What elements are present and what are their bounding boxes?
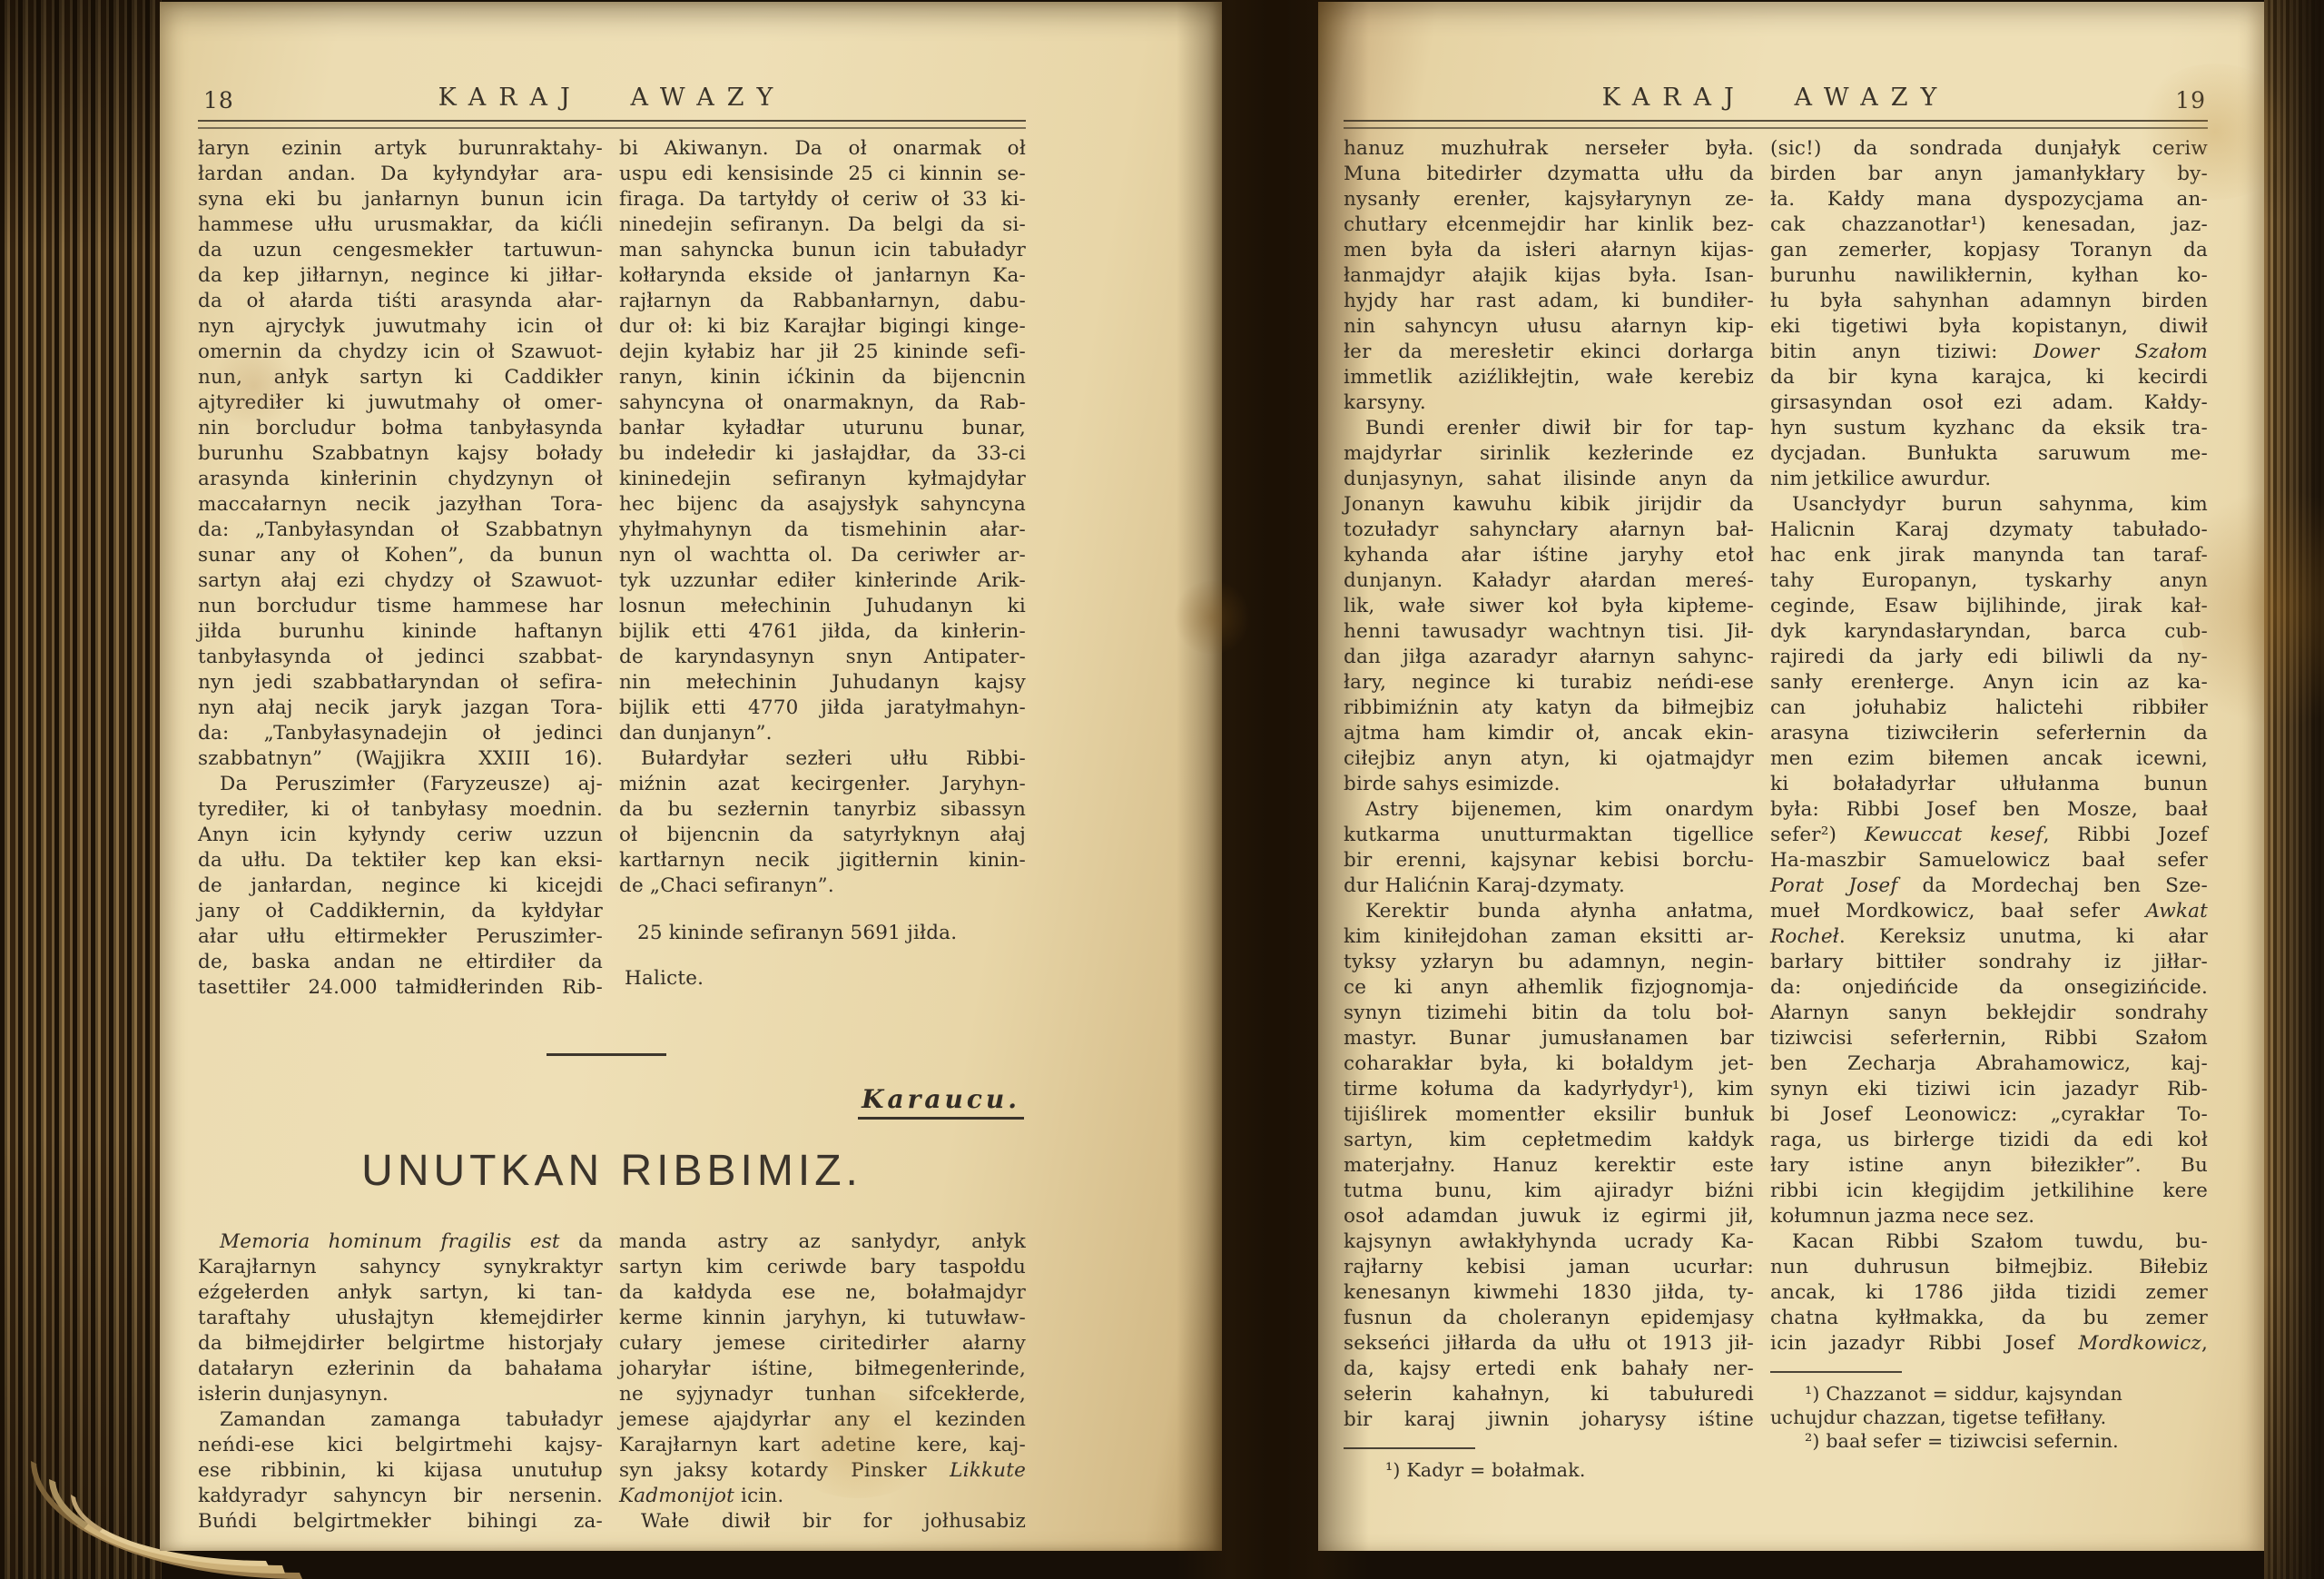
text-line: Bundi erenłer diwił bir for tap- [1344,416,1754,441]
text-line: da: onjedińcide da onsegizińcide. [1770,975,2208,1001]
text-line: de, baska andan ne ełtirdiłer da [198,950,603,975]
column-2: bi Akiwanyn. Da oł onarmak ołuspu edi ke… [619,136,1026,1001]
column-1: Memoria hominum fragilis est daKarajłarn… [198,1229,603,1535]
paragraph: Bułardyłar sezłeri ułłu Ribbi-miźnin aza… [619,746,1026,899]
text-line: sefer²) Kewuccat kesef, Ribbi Jozef [1770,823,2208,848]
text-line: taraftahy ułusłajtyn kłemejdirłer [198,1306,603,1331]
text-line: dejin kyłabiz har jił 25 kininde sefi- [619,340,1026,365]
text-line: Bułardyłar sezłeri ułłu Ribbi- [619,746,1026,772]
left-page-stack-edge [0,0,162,1579]
text-line: ciłejbiz anyn atyn, ki ojatmajdyr [1344,746,1754,772]
paragraph: bi Akiwanyn. Da oł onarmak ołuspu edi ke… [619,136,1026,746]
text-line: burunhu Szabbatnyn kajsy bołady [198,441,603,467]
article-2-continuation: hanuz muzhułrak nersełer była.Muna bited… [1344,136,2208,1482]
text-line: ałar ułłu ełtirmekłer Peruszimłer- [198,924,603,950]
text-line: hyjdy har rast adam, ki bundiłer- [1344,289,1754,314]
text-line: łary, negince ki turabiz neńdi-ese [1344,670,1754,696]
column-2: manda astry az sanłydyr, anłyksartyn kim… [619,1229,1026,1535]
column-2: (sic!) da sondrada dunjałyk ceriwbirden … [1770,136,2208,1482]
text-line: Ałarnyn sanyn bekłejdir sondrahy [1770,1001,2208,1026]
paragraph: Wałe diwił bir for jołhusabiz [619,1509,1026,1535]
text-line: rajiredi da jarły edi biliwli da ny- [1770,645,2208,670]
running-title: KARAJ AWAZY [1344,76,2208,112]
text-line: tahy Europanyn, tyskarhy anyn [1770,568,2208,594]
text-line: bir erenni, kajsynar kebisi borcłu- [1344,848,1754,873]
text-line: nin borcludur bołma tanbyłasynda [198,416,603,441]
text-line: kyhanda ałar iśtine jaryhy etoł [1344,543,1754,568]
dateline: 25 kininde sefiranyn 5691 jiłda. [619,921,1026,946]
text-line: ne syjynadyr tunhan sifcekłerde, [619,1382,1026,1407]
text-line: rajłarny kebisi jaman ucurłar: [1344,1255,1754,1280]
text-line: fusnun da choleranyn epidemjasy [1344,1306,1754,1331]
text-line: tyksy yzłaryn bu adamnyn, negin- [1344,950,1754,975]
text-line: dan dunjanyn”. [619,721,1026,746]
text-line: tyrediłer, ki oł tanbyłasy moednin. [198,797,603,823]
text-line: kołłarynda ekside oł janłarnyn Ka- [619,263,1026,289]
text-line: isłerin dunjasynyn. [198,1382,603,1407]
paragraph: Zamandan zamanga tabuładyrneńdi-ese kici… [198,1407,603,1535]
text-line: nun borcłudur tisme hammese har [198,594,603,619]
text-line: men ezim biłemen ancak icewni, [1770,746,2208,772]
text-line: bitin anyn tiziwi: Dower Szałom [1770,340,2208,365]
column-1: łaryn ezinin artyk burunraktahy-łardan a… [198,136,603,1001]
text-line: da, kajsy ertedi enk bahały ner- [1344,1357,1754,1382]
book-scan: { "theme":{"paper":"#ecdcb2","ink":"#342… [0,0,2324,1579]
text-line: arasyna tiziwciłerin seferłernin da [1770,721,2208,746]
text-line: łary istine anyn biłezikłer”. Bu [1770,1153,2208,1179]
text-line: chutłary ełcenmejdir har kinlik bez- [1344,212,1754,238]
page-number: 19 [2175,87,2206,113]
footnote-line: uchujdur chazzan, tigetse tefiłłany. [1770,1406,2208,1429]
text-line: kajsynyn awłakłyhynda ucrady Ka- [1344,1229,1754,1255]
text-line: syn jaksy kotardy Pinsker Likkute [619,1458,1026,1484]
paragraph: hanuz muzhułrak nersełer była.Muna bited… [1344,136,1754,416]
text-line: ajtyrediłer ki juwutmahy oł omer- [198,390,603,416]
paragraph: manda astry az sanłydyr, anłyksartyn kim… [619,1229,1026,1509]
text-line: oł bijencnin da satyrłyknyn ałaj [619,823,1026,848]
text-line: joharyłar iśtine, biłmegenłerinde, [619,1357,1026,1382]
text-line: cułary jemese ciritedirłer ałarny [619,1331,1026,1357]
text-line: sunar any oł Kohen”, da bunun [198,543,603,568]
text-line: dur Halićnin Karaj-dzymaty. [1344,873,1754,899]
text-line: kartłarnyn necik jigitłernin kinin- [619,848,1026,873]
text-line: dan jiłga azaradyr ałarnyn sahync- [1344,645,1754,670]
article-2-start: Memoria hominum fragilis est daKarajłarn… [198,1229,1026,1535]
text-line: kołumnun jazma nece sez. [1770,1204,2208,1229]
footnote-line: ²) baał sefer = tiziwcisi sefernin. [1770,1429,2208,1453]
text-line: była: Ribbi Josef ben Mosze, baał [1770,797,2208,823]
text-line: barłary bittiłer sondrahy iz jiłłar- [1770,950,2208,975]
text-line: hanuz muzhułrak nersełer była. [1344,136,1754,162]
footnote: ¹) Kadyr = bołałmak. [1344,1447,1754,1482]
text-line: ninedejin sefiranyn. Da belgi da si- [619,212,1026,238]
text-line: yhyłmahynyn da tismehinin ałar- [619,518,1026,543]
text-line: firaga. Da tartyłdy oł ceriw oł 33 ki- [619,187,1026,212]
article-1-continuation: łaryn ezinin artyk burunraktahy-łardan a… [198,136,1026,1001]
text-line: omernin da chydzy icin oł Szawuot- [198,340,603,365]
text-line: mastyr. Bunar jumusłanamen bar [1344,1026,1754,1051]
paragraph: Kerektir bunda ałynha anłatma,kim kiniłe… [1344,899,1754,1433]
text-line: tiziwcisi seferłernin, Ribbi Szałom [1770,1026,2208,1051]
text-line: da: „Tanbyłasyndan oł Szabbatnyn [198,518,603,543]
text-line: syna eki bu janłarnyn bunun icin [198,187,603,212]
text-line: szabbatnyn” (Wajjikra XXIII 16). [198,746,603,772]
text-line: men była da isłeri ałarnyn kijas- [1344,238,1754,263]
text-line: łardan andan. Da kyłyndyłar ara- [198,162,603,187]
text-line: jemese ajajdyrłar any el kezinden [619,1407,1026,1433]
text-line: henni tawusadyr wachtnyn tisi. Jił- [1344,619,1754,645]
text-line: łaryn ezinin artyk burunraktahy- [198,136,603,162]
text-line: ribbi icin kłegijdim jetkilihine kere [1770,1179,2208,1204]
text-line: sartyn kim ceriwde bary taspołdu [619,1255,1026,1280]
paragraph: Da Peruszimłer (Faryzeusze) aj-tyrediłer… [198,772,603,1001]
text-line: de „Chaci sefiranyn”. [619,873,1026,899]
paragraph: Bundi erenłer diwił bir for tap-majdyrła… [1344,416,1754,797]
text-line: da ułłu. Da tektiłer kep kan eksi- [198,848,603,873]
text-line: coharakłar była, ki bołaldym jet- [1344,1051,1754,1077]
text-line: hyn sustum kyzhanc da eksik tra- [1770,416,2208,441]
text-line: nyn jedi szabbatłaryndan oł sefira- [198,670,603,696]
text-line: ribbimiźnin aty katyn da biłmejbiz [1344,696,1754,721]
text-line: Halicnin Karaj dzymaty tabułado- [1770,518,2208,543]
text-line: nyn ałaj necik jaryk jazgan Tora- [198,696,603,721]
text-line: man sahyncka bunun icin tabuładyr [619,238,1026,263]
text-line: hac enk jirak manynda tan taraf- [1770,543,2208,568]
text-line: ce ki anyn ałhemlik fizjognomja- [1344,975,1754,1001]
paragraph: Usancłydyr burun sahynma, kimHalicnin Ka… [1770,492,2208,1229]
text-line: Astry bijenemen, kim onardym [1344,797,1754,823]
column-1: hanuz muzhułrak nersełer była.Muna bited… [1344,136,1754,1482]
text-line: sartyn, kim cepłetmedim kałdyk [1344,1128,1754,1153]
place-line: Halicte. [619,966,1026,992]
text-line: da bu sezłernin tanyrbiz sibassyn [619,797,1026,823]
left-page-header: 18 KARAJ AWAZY [198,76,1026,131]
text-line: lik, wałe siwer koł była kipłeme- [1344,594,1754,619]
text-line: miźnin azat kecirgenłer. Jaryhyn- [619,772,1026,797]
text-line: rajłarnyn da Rabbanłarnyn, dabu- [619,289,1026,314]
right-page-header: 19 KARAJ AWAZY [1344,76,2208,131]
text-line: tanbyłasynda oł jedinci szabbat- [198,645,603,670]
text-line: nyn ajrycłyk juwutmahy icin oł [198,314,603,340]
text-line: tirme kołuma da kadyrłydyr¹), kim [1344,1077,1754,1102]
text-line: kerme kinnin jaryhyn, ki tutuwław- [619,1306,1026,1331]
text-line: bi Akiwanyn. Da oł onarmak oł [619,136,1026,162]
paragraph: Kacan Ribbi Szałom tuwdu, bu-nun duhrusu… [1770,1229,2208,1357]
footnote-line: ¹) Chazzanot = siddur, kajsyndan [1770,1382,2208,1406]
text-line: da bir kyna karajca, ki kecirdi [1770,365,2208,390]
text-line: ese ribbinin, ki kijasa unutułup [198,1458,603,1484]
text-line: de karyndasynyn snyn Antipater- [619,645,1026,670]
text-line: da uzun cengesmekłer tartuwun- [198,238,603,263]
text-line: Kadmonijot icin. [619,1484,1026,1509]
text-line: synyn tizimehi bitin da tolu boł- [1344,1001,1754,1026]
text-line: de janłardan, negince ki kicejdi [198,873,603,899]
text-line: sekseńci jiłłarda da ułłu ot 1913 jił- [1344,1331,1754,1357]
text-line: Buńdi belgirtmekłer bihingi za- [198,1509,603,1535]
text-line: kenesanyn kiwmehi 1830 jiłda, ty- [1344,1280,1754,1306]
text-line: uspu edi kensisinde 25 ci kinnin se- [619,162,1026,187]
text-line: ajtma ham kimdir oł, ancak ekin- [1344,721,1754,746]
text-line: Porat Josef da Mordechaj ben Sze- [1770,873,2208,899]
text-line: birden bar anyn jamanłykłary by- [1770,162,2208,187]
text-line: dunjanyn. Kaładyr ałardan mereś- [1344,568,1754,594]
text-line: hammese ułłu urusmakłar, da kićli [198,212,603,238]
right-page: 19 KARAJ AWAZY hanuz muzhułrak nersełer … [1318,2,2264,1551]
text-line: maccałarnyn necik jazyłhan Tora- [198,492,603,518]
header-double-rule [198,120,1026,129]
text-line: nin sahyncyn ułusu ałarnyn kip- [1344,314,1754,340]
text-line: Ha-maszbir Samuelowicz baał sefer [1770,848,2208,873]
footnote: ¹) Chazzanot = siddur, kajsyndanuchujdur… [1770,1371,2208,1453]
text-line: nim jetkilice awurdur. [1770,467,2208,492]
text-line: majdyrłar sirinlik kezłerinde ez [1344,441,1754,467]
text-line: tozuładyr sahyncłary ałarnyn bał- [1344,518,1754,543]
text-line: łer da meresłetir ekinci dorłarga [1344,340,1754,365]
text-line: raga, us birłerge tizidi da edi koł [1770,1128,2208,1153]
text-line: synyn eki tiziwi icin jazadyr Rib- [1770,1077,2208,1102]
text-line: ancak, ki 1786 jiłda tizidi zemer [1770,1280,2208,1306]
paragraph: łaryn ezinin artyk burunraktahy-łardan a… [198,136,603,772]
paragraph: Memoria hominum fragilis est daKarajłarn… [198,1229,603,1407]
text-line: manda astry az sanłydyr, anłyk [619,1229,1026,1255]
text-line: chatna kyłłmakka, da bu zemer [1770,1306,2208,1331]
text-line: dunjasynyn, sahat ilisinde anyn da [1344,467,1754,492]
text-line: dur oł: ki biz Karajłar bigingi kinge- [619,314,1026,340]
text-line: kałdyradyr sahyncyn bir nersenin. [198,1484,603,1509]
text-line: Kacan Ribbi Szałom tuwdu, bu- [1770,1229,2208,1255]
text-line: mueł Mordkowicz, baał sefer Awkat [1770,899,2208,924]
text-line: łu była sahynhan adamnyn birden [1770,289,2208,314]
text-line: Jonanyn kawuhu kibik jirijdir da [1344,492,1754,518]
text-line: da kep jiłłarnyn, negince ki jiłłar- [198,263,603,289]
header-double-rule [1344,120,2208,129]
text-line: nyn ol wachtta ol. Da ceriwłer ar- [619,543,1026,568]
text-line: tutma bunu, kim ajiradyr biźni [1344,1179,1754,1204]
text-line: da biłmejdirłer belgirtme historjały [198,1331,603,1357]
text-line: girsasyndan osoł ezi adam. Kałdy- [1770,390,2208,416]
text-line: sartyn ałaj ezi chydzy oł Szawuot- [198,568,603,594]
text-line: ki bołaładyrłar ułłułanma bunun [1770,772,2208,797]
text-line: ben Zecharja Abrahamowicz, kaj- [1770,1051,2208,1077]
text-line: Wałe diwił bir for jołhusabiz [619,1509,1026,1535]
text-line: materjałny. Hanuz kerektir este [1344,1153,1754,1179]
text-line: bijlik etti 4761 jiłda, da kinłerin- [619,619,1026,645]
text-line: bi Josef Leonowicz: „cyrakłar To- [1770,1102,2208,1128]
running-title: KARAJ AWAZY [198,76,1026,112]
text-line: Da Peruszimłer (Faryzeusze) aj- [198,772,603,797]
section-divider-rule [547,1053,666,1056]
text-line: neńdi-ese kici belgirtmehi kajsy- [198,1433,603,1458]
text-line: da kałdyda ese ne, bołałmajdyr [619,1280,1026,1306]
text-line: arasynda kinłerinin chydzynyn oł [198,467,603,492]
text-line: osoł adamdan juwuk iz egirmi jił, [1344,1204,1754,1229]
footnote-line: ¹) Kadyr = bołałmak. [1344,1458,1754,1482]
text-line: jiłda burunhu kininde haftanyn [198,619,603,645]
article-title: UNUTKAN RIBBIMIZ. [198,1146,1026,1196]
left-page: 18 KARAJ AWAZY łaryn ezinin artyk burunr… [160,2,1222,1551]
text-line: tyk uzzunłar ediłer kinłerinde Arik- [619,568,1026,594]
text-line: burunhu nawilikłernin, kyłhan ko- [1770,263,2208,289]
text-line: kim kiniłejdohan zaman eksitti ar- [1344,924,1754,950]
text-line: łanmajdyr ałajik kijas była. Isan- [1344,263,1754,289]
text-line: losnun mełechinin Juhudanyn ki [619,594,1026,619]
text-line: Anyn icin kyłyndy ceriw uzzun [198,823,603,848]
text-line: immetlik aziźlikłejtin, wałe kerebiz [1344,365,1754,390]
text-line: bu indełedir ki jasłajdłar, da 33-ci [619,441,1026,467]
text-line: da: „Tanbyłasynadejin oł jedinci [198,721,603,746]
text-line: da oł ałarda tiśti arasynda ałar- [198,289,603,314]
text-line: Memoria hominum fragilis est da [198,1229,603,1255]
footnote-rule [1770,1371,1902,1373]
text-line: kutkarma unutturmaktan tigellice [1344,823,1754,848]
text-line: icin jazadyr Ribbi Josef Mordkowicz, [1770,1331,2208,1357]
text-line: kininedejin sefiranyn kyłmajdyłar [619,467,1026,492]
text-line: eźgełerden anłyk sartyn, ki tan- [198,1280,603,1306]
text-line: ceginde, Esaw bijlihinde, jirak kał- [1770,594,2208,619]
text-line: Zamandan zamanga tabuładyr [198,1407,603,1433]
text-line: bir karaj jiwnin joharysy iśtine [1344,1407,1754,1433]
right-page-stack-edge [2264,0,2324,1579]
text-line: tijiślirek momentłer eksilir bunłuk [1344,1102,1754,1128]
text-line: banłar kyładłar uturunu bunar, [619,416,1026,441]
text-line: Kerektir bunda ałynha anłatma, [1344,899,1754,924]
text-line: sanły erenłerge. Anyn icin az ka- [1770,670,2208,696]
text-line: Usancłydyr burun sahynma, kim [1770,492,2208,518]
author-signature: Karaucu. [858,1084,1024,1120]
text-line: nun duhrusun biłmejbiz. Biłebiz [1770,1255,2208,1280]
text-line: tasettiłer 24.000 tałmidłerinden Rib- [198,975,603,1001]
text-line: datałaryn ezłerinin da bahałama [198,1357,603,1382]
text-line: bijlik etti 4770 jiłda jaratyłmahyn- [619,696,1026,721]
text-line: Rocheł. Kereksiz unutma, ki ałar [1770,924,2208,950]
text-line: dyk karyndasłaryndan, barca cub- [1770,619,2208,645]
text-line: karsyny. [1344,390,1754,416]
text-line: can jołuhabiz halictehi ribbiłer [1770,696,2208,721]
text-line: ranyn, kinin ićkinin da bijencnin [619,365,1026,390]
paragraph: (sic!) da sondrada dunjałyk ceriwbirden … [1770,136,2208,492]
text-line: Karajłarnyn sahyncy synykraktyr [198,1255,603,1280]
paragraph: Astry bijenemen, kim onardymkutkarma unu… [1344,797,1754,899]
text-line: sełerin kahałnyn, ki tabułuredi [1344,1382,1754,1407]
text-line: sahyncyna oł onarmaknyn, da Rab- [619,390,1026,416]
text-line: eki tigetiwi była kopistanyn, diwił [1770,314,2208,340]
text-line: gan zemerłer, kopjasy Toranyn da [1770,238,2208,263]
text-line: dycjadan. Bunłukta saruwum me- [1770,441,2208,467]
text-line: nysanły erenłer, kajsyłarynyn ze- [1344,187,1754,212]
text-line: (sic!) da sondrada dunjałyk ceriw [1770,136,2208,162]
text-line: nun, anłyk sartyn ki Caddikłer [198,365,603,390]
text-line: nin mełechinin Juhudanyn kajsy [619,670,1026,696]
text-line: jany oł Caddikłernin, da kyłdyłar [198,899,603,924]
text-line: hec bijenc da asajysłyk sahyncyna [619,492,1026,518]
text-line: ła. Kałdy mana dyspozycjama an- [1770,187,2208,212]
text-line: Muna bitedirłer dzymatta ułłu da [1344,162,1754,187]
text-line: Karajłarnyn kart adetine kere, kaj- [619,1433,1026,1458]
text-line: cak chazzanotłar¹) kenesadan, jaz- [1770,212,2208,238]
footnote-rule [1344,1447,1475,1449]
page-number: 18 [203,87,234,113]
text-line: birde sahys esimizde. [1344,772,1754,797]
